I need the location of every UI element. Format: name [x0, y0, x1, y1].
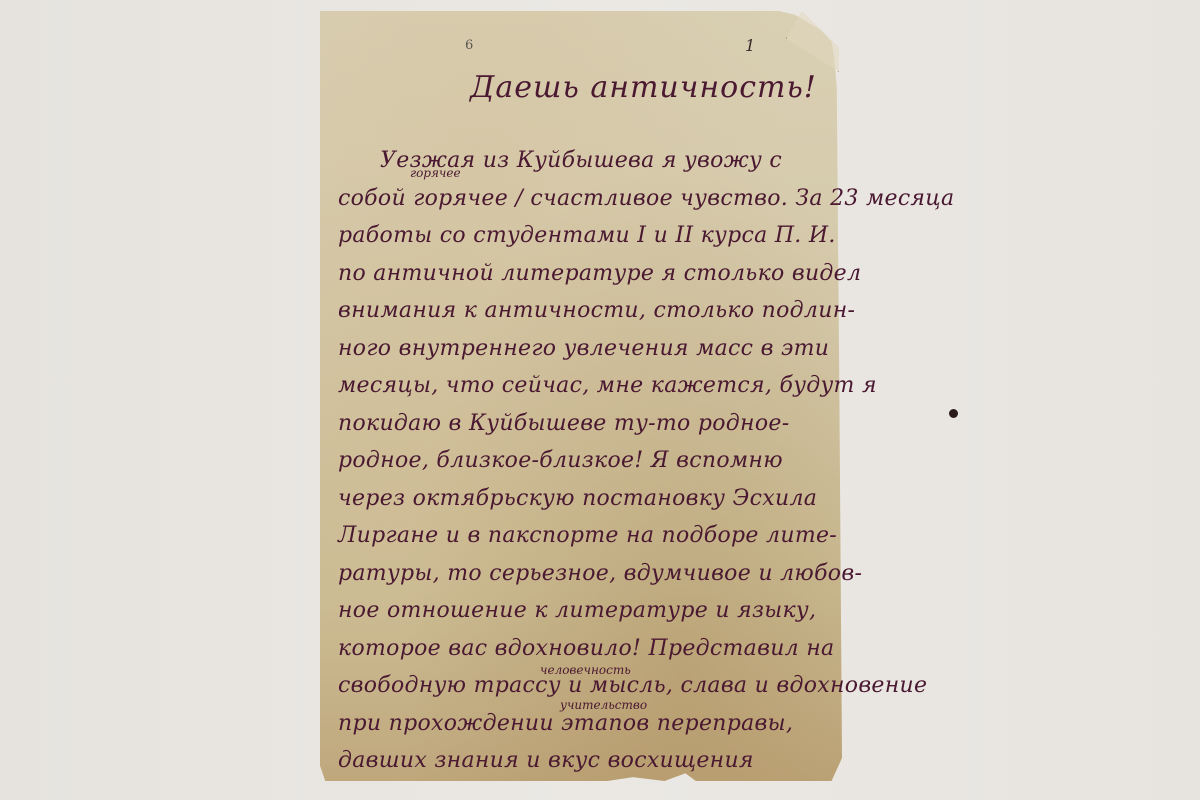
text-line: родное, близкое-близкое! Я вспомню — [338, 442, 838, 480]
text-line: ратуры, то серьезное, вдумчивое и любов- — [338, 555, 838, 593]
text-line: Уезжая из Куйбышева я увожу с — [338, 142, 838, 180]
text-line: ного внутреннего увлечения масс в эти — [338, 330, 838, 368]
text-line: давших знания и вкус восхищения — [338, 742, 838, 780]
text-line: ное отношение к литературе и языку, — [338, 592, 838, 630]
text-line: по античной литературе я столько видел — [338, 255, 838, 293]
letter-title: Даешь античность! — [470, 70, 817, 105]
text-line: свободную трассу и мысль, слава и вдохно… — [338, 667, 838, 705]
text-line: месяцы, что сейчас, мне кажется, будут я — [338, 367, 838, 405]
text-line: собой горячее / счастливое чувство. За 2… — [338, 180, 838, 218]
ink-dot — [949, 409, 958, 418]
text-line: через октябрьскую постановку Эсхила — [338, 480, 838, 518]
text-line: покидаю в Куйбышеве ту-то родное- — [338, 405, 838, 443]
text-line: внимания к античности, столько подлин- — [338, 292, 838, 330]
page-number: 1 — [745, 36, 755, 55]
archive-mark: 6 — [465, 38, 473, 53]
text-line: работы со студентами I и II курса П. И. — [338, 217, 838, 255]
text-line: Лиргане и в пакспорте на подборе лите- — [338, 517, 838, 555]
letter-body: Уезжая из Куйбышева я увожу с собой горя… — [338, 142, 838, 780]
text-line: которое вас вдохновило! Представил на — [338, 630, 838, 668]
text-line: при прохождении этапов переправы, — [338, 705, 838, 743]
